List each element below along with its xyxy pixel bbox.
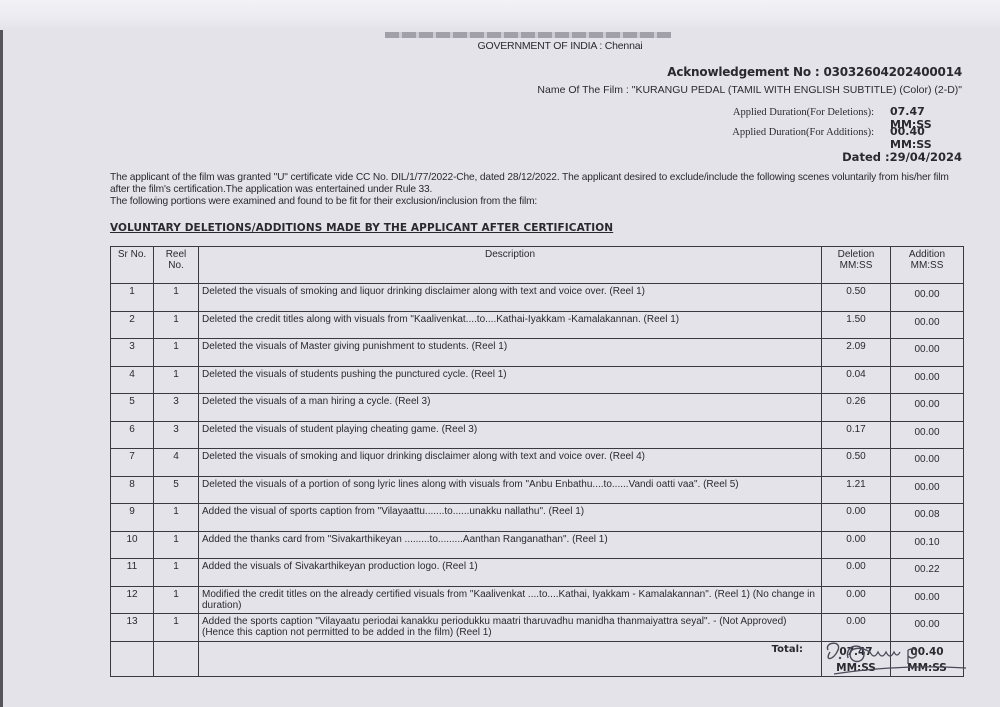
certificate-paragraph: The applicant of the film was granted "U… [110,172,970,196]
table-row: 53Deleted the visuals of a man hiring a … [111,394,964,422]
row-deletion: 0.00 [822,559,891,587]
table-row: 11Deleted the visuals of smoking and liq… [111,284,964,312]
table-row: 21Deleted the credit titles along with v… [111,311,964,339]
row-description: Added the visuals of Sivakarthikeyan pro… [199,559,822,587]
examined-paragraph: The following portions were examined and… [110,196,970,208]
row-deletion: 0.00 [822,614,891,642]
row-description: Deleted the visuals of a man hiring a cy… [199,394,822,422]
row-sr-no: 3 [111,339,154,367]
government-heading: GOVERNMENT OF INDIA : Chennai [0,40,1000,52]
row-deletion: 0.17 [822,421,891,449]
row-description: Deleted the visuals of Master giving pun… [199,339,822,367]
intro-paragraph: The applicant of the film was granted "U… [110,172,970,208]
table-row: 74Deleted the visuals of smoking and liq… [111,449,964,477]
row-description: Added the sports caption "Vilayaatu peri… [199,614,822,642]
row-reel-no: 3 [154,421,199,449]
table-row: 101Added the thanks card from "Sivakarth… [111,531,964,559]
table-row: 31Deleted the visuals of Master giving p… [111,339,964,367]
row-addition: 00.00 [891,421,964,449]
row-deletion: 0.00 [822,586,891,614]
deletions-label: Applied Duration(For Deletions): [733,107,874,118]
row-description: Added the thanks card from "Sivakarthike… [199,531,822,559]
obscured-board-heading [385,32,671,38]
row-description: Modified the credit titles on the alread… [199,586,822,614]
total-label: Total: [199,641,822,676]
row-deletion: 0.50 [822,284,891,312]
header-addition: Addition MM:SS [891,247,964,284]
row-addition: 00.00 [891,284,964,312]
signature-icon [820,638,970,683]
additions-value: 00.40 MM:SS [890,125,960,151]
header-reel-no: Reel No. [154,247,199,284]
additions-label: Applied Duration(For Additions): [732,127,874,138]
row-reel-no: 1 [154,586,199,614]
section-title: VOLUNTARY DELETIONS/ADDITIONS MADE BY TH… [110,222,613,234]
row-deletion: 2.09 [822,339,891,367]
row-sr-no: 7 [111,449,154,477]
row-description: Added the visual of sports caption from … [199,504,822,532]
row-addition: 00.00 [891,339,964,367]
row-reel-no: 3 [154,394,199,422]
row-description: Deleted the credit titles along with vis… [199,311,822,339]
row-addition: 00.00 [891,366,964,394]
acknowledgement-number: Acknowledgement No : 03032604202400014 [667,65,962,79]
table-row: 41Deleted the visuals of students pushin… [111,366,964,394]
row-deletion: 0.00 [822,531,891,559]
row-reel-no: 1 [154,504,199,532]
row-addition: 00.10 [891,531,964,559]
row-addition: 00.22 [891,559,964,587]
row-reel-no: 5 [154,476,199,504]
row-sr-no: 5 [111,394,154,422]
row-description: Deleted the visuals of smoking and liquo… [199,449,822,477]
row-sr-no: 6 [111,421,154,449]
scan-edge-left [0,30,3,707]
table-row: 131Added the sports caption "Vilayaatu p… [111,614,964,642]
row-reel-no: 1 [154,311,199,339]
table-row: 91Added the visual of sports caption fro… [111,504,964,532]
row-description: Deleted the visuals of a portion of song… [199,476,822,504]
row-reel-no: 1 [154,559,199,587]
row-sr-no: 1 [111,284,154,312]
film-name: Name Of The Film : "KURANGU PEDAL (TAMIL… [537,84,962,96]
row-sr-no: 4 [111,366,154,394]
row-reel-no: 1 [154,339,199,367]
row-addition: 00.00 [891,476,964,504]
row-deletion: 0.00 [822,504,891,532]
row-description: Deleted the visuals of students pushing … [199,366,822,394]
header-description: Description [199,247,822,284]
row-deletion: 1.21 [822,476,891,504]
header-deletion: Deletion MM:SS [822,247,891,284]
table-row: 63Deleted the visuals of student playing… [111,421,964,449]
table-row: 111Added the visuals of Sivakarthikeyan … [111,559,964,587]
row-description: Deleted the visuals of smoking and liquo… [199,284,822,312]
row-reel-no: 1 [154,284,199,312]
row-deletion: 0.04 [822,366,891,394]
row-reel-no: 4 [154,449,199,477]
row-deletion: 0.26 [822,394,891,422]
row-reel-no: 1 [154,531,199,559]
row-addition: 00.00 [891,311,964,339]
row-addition: 00.00 [891,586,964,614]
row-reel-no: 1 [154,614,199,642]
header-sr-no: Sr No. [111,247,154,284]
row-deletion: 1.50 [822,311,891,339]
row-description: Deleted the visuals of student playing c… [199,421,822,449]
scan-edge-top [0,0,1000,30]
row-reel-no: 1 [154,366,199,394]
dated: Dated :29/04/2024 [842,150,962,164]
row-sr-no: 8 [111,476,154,504]
row-sr-no: 9 [111,504,154,532]
deletions-additions-table: Sr No. Reel No. Description Deletion MM:… [110,246,964,677]
row-sr-no: 12 [111,586,154,614]
row-sr-no: 13 [111,614,154,642]
row-addition: 00.00 [891,614,964,642]
row-sr-no: 10 [111,531,154,559]
row-addition: 00.00 [891,394,964,422]
applied-duration-additions: Applied Duration(For Additions): 00.40 M… [732,125,960,151]
row-addition: 00.00 [891,449,964,477]
table-row: 121Modified the credit titles on the alr… [111,586,964,614]
row-deletion: 0.50 [822,449,891,477]
table-header-row: Sr No. Reel No. Description Deletion MM:… [111,247,964,284]
row-addition: 00.08 [891,504,964,532]
row-sr-no: 11 [111,559,154,587]
table-row: 85Deleted the visuals of a portion of so… [111,476,964,504]
row-sr-no: 2 [111,311,154,339]
